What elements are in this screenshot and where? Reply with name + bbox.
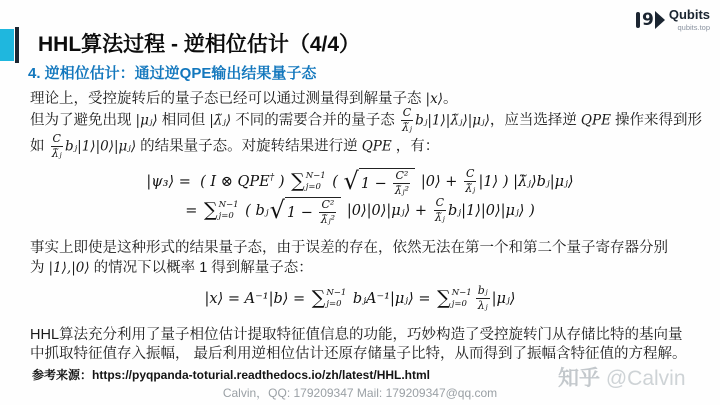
math-ket-mu: |μⱼ⟩ [136, 112, 158, 128]
math-term: bⱼ|1⟩|λ̃ⱼ⟩|μⱼ⟩ [415, 112, 490, 128]
formula-line: |x⟩ = A⁻¹|b⟩ = ∑N−1j=0 bⱼA⁻¹|μⱼ⟩ = ∑N−1j… [205, 284, 516, 313]
fraction-c-lambda: Cλ̃ⱼ [401, 107, 413, 134]
fraction-b-lambda: bⱼλⱼ [476, 285, 490, 312]
qubits-logo: 9 Qubits qubits.top [636, 8, 710, 32]
fraction-c-lambda: Cλ̃ⱼ [51, 133, 63, 160]
summation-symbol: ∑N−1j=0 [437, 288, 472, 308]
ket-bar-icon [636, 12, 640, 28]
text: 不同的需要合并的量子态 [231, 112, 399, 128]
text: 事实上即使是这种形式的结果量子态，由于误差的存在，依然无法在第一个和第二个量子寄… [30, 240, 668, 256]
title-accent-square-icon [0, 29, 14, 61]
formula-line-2: = ∑N−1j=0 ( bⱼ √1 − C²λ̃ⱼ² |0⟩|0⟩|μⱼ⟩ + … [185, 196, 534, 225]
paragraph-theory: 理论上，受控旋转后的量子态已经可以通过测量得到解量子态 |x⟩。 [30, 87, 457, 108]
ket-nine-logo-icon: 9 [636, 10, 665, 30]
text: 相同但 [158, 112, 210, 128]
text: ，应当选择逆 [490, 112, 581, 128]
text: 操作来得到形 [611, 112, 702, 128]
fraction-c2-lambda2: C²λ̃ⱼ² [319, 199, 336, 226]
summation-symbol: ∑N−1j=0 [291, 171, 326, 191]
summation-symbol: ∑N−1j=0 [312, 288, 347, 308]
formula-psi3: |ψ₃⟩ = ( I ⊗ QPE† ) ∑N−1j=0 ( √1 − C²λ̃ⱼ… [0, 167, 720, 225]
logo-domain: qubits.top [677, 23, 710, 32]
paragraph-summary: HHL算法充分利用了量子相位估计提取特征值信息的功能，巧妙构造了受控旋转门从存储… [30, 326, 687, 364]
text: 但为了避免出现 [30, 112, 136, 128]
math-kets: |1⟩,|0⟩ [49, 260, 90, 276]
watermark-user: @Calvin [600, 367, 686, 390]
watermark-site: 知乎 [558, 367, 600, 390]
text: 为 [30, 260, 49, 276]
logo-name: Qubits [669, 8, 710, 23]
ket-chevron-icon [655, 11, 665, 29]
paragraph-inverse-qpe: 但为了避免出现 |μⱼ⟩ 相同但 |λ̃ⱼ⟩ 不同的需要合并的量子态 Cλ̃ⱼb… [30, 107, 702, 159]
math-ket-lambda: |λ̃ⱼ⟩ [209, 112, 231, 128]
logo-digit: 9 [642, 12, 654, 29]
square-root: √1 − C²λ̃ⱼ² [270, 195, 342, 226]
square-root: √1 − C²λ̃ⱼ² [344, 166, 416, 197]
text: 的结果量子态。对旋转结果进行逆 [136, 138, 362, 154]
math-mid: bⱼA⁻¹|μⱼ⟩ = [348, 291, 435, 307]
section-heading: 4. 逆相位估计：通过逆QPE输出结果量子态 [28, 62, 316, 83]
math-ket-x: |x⟩ [426, 91, 443, 107]
math-tail: |μⱼ⟩ [492, 291, 516, 307]
text: 中抓取特征值存入振幅， 最后利用逆相位估计还原存储量子比特，从而得到了振幅含特征… [30, 346, 687, 362]
formula-line-1: |ψ₃⟩ = ( I ⊗ QPE† ) ∑N−1j=0 ( √1 − C²λ̃ⱼ… [146, 167, 573, 196]
math-kets: |0⟩|0⟩|μⱼ⟩ + [342, 203, 431, 219]
math-open-paren: ( [328, 174, 343, 190]
formula-solution: |x⟩ = A⁻¹|b⟩ = ∑N−1j=0 bⱼA⁻¹|μⱼ⟩ = ∑N−1j… [0, 284, 720, 313]
fraction-c-lambda: Cλ̃ⱼ [464, 168, 476, 195]
math-open-paren: ( bⱼ [241, 203, 269, 219]
text: 理论上，受控旋转后的量子态已经可以通过测量得到解量子态 [30, 91, 426, 107]
text: 的情况下以概率 1 得到解量子态： [90, 260, 313, 276]
summation-symbol: ∑N−1j=0 [204, 200, 239, 220]
math-tail: bⱼ|1⟩|0⟩|μⱼ⟩ ) [448, 203, 535, 219]
fraction-c-lambda: Cλ̃ⱼ [434, 197, 446, 224]
text: ，有： [392, 138, 440, 154]
math-qpe: QPE [362, 138, 392, 154]
paragraph-line: 事实上即使是这种形式的结果量子态，由于误差的存在，依然无法在第一个和第二个量子寄… [30, 238, 668, 258]
math-operator-group: ( I ⊗ QPE† ) [196, 173, 290, 190]
paragraph-line: 为 |1⟩,|0⟩ 的情况下以概率 1 得到解量子态： [30, 258, 668, 278]
page-title: HHL算法过程 - 逆相位估计（4/4） [38, 28, 360, 58]
paragraph-error: 事实上即使是这种形式的结果量子态，由于误差的存在，依然无法在第一个和第二个量子寄… [30, 238, 668, 278]
math-qpe: QPE [581, 112, 611, 128]
fraction-c2-lambda2: C²λ̃ⱼ² [393, 170, 410, 197]
title-accent-bar-icon [15, 27, 19, 63]
zhihu-watermark: 知乎 @Calvin [558, 362, 686, 392]
math-term: bⱼ|1⟩|0⟩|μⱼ⟩ [65, 138, 136, 154]
reference-link: 参考来源：https://pyqpanda-toturial.readthedo… [32, 366, 430, 383]
paragraph-line: HHL算法充分利用了量子相位估计提取特征值信息的功能，巧妙构造了受控旋转门从存储… [30, 326, 687, 345]
math-ket0-plus: |0⟩ + [416, 174, 462, 190]
math-equals: = [185, 203, 202, 219]
math-lead: |x⟩ = A⁻¹|b⟩ = [205, 291, 310, 307]
text: HHL算法充分利用了量子相位估计提取特征值信息的功能，巧妙构造了受控旋转门从存储… [30, 327, 683, 343]
logo-text: Qubits qubits.top [669, 8, 710, 32]
slide: HHL算法过程 - 逆相位估计（4/4） 9 Qubits qubits.top… [0, 0, 720, 405]
math-lhs: |ψ₃⟩ = [146, 174, 195, 190]
math-tail: |1⟩ ) |λ̃ⱼ⟩bⱼ|μⱼ⟩ [478, 174, 573, 190]
paragraph-line: 但为了避免出现 |μⱼ⟩ 相同但 |λ̃ⱼ⟩ 不同的需要合并的量子态 Cλ̃ⱼb… [30, 107, 702, 133]
paragraph-line: 如 Cλ̃ⱼbⱼ|1⟩|0⟩|μⱼ⟩ 的结果量子态。对旋转结果进行逆 QPE ，… [30, 133, 702, 159]
text: 。 [443, 91, 458, 107]
text: 如 [30, 138, 49, 154]
